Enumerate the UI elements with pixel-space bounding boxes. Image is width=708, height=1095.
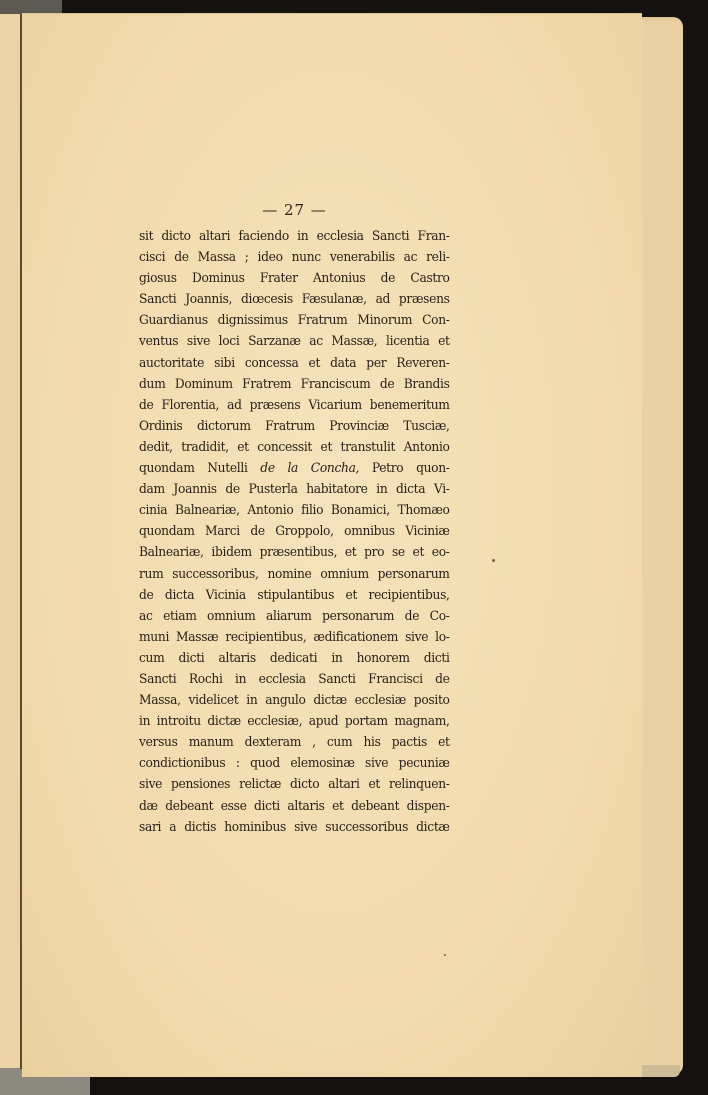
text-line: cum dicti altaris dedicati in honorem di… bbox=[139, 648, 450, 669]
text-line: sit dicto altari faciendo in ecclesia Sa… bbox=[139, 226, 450, 247]
text-line: Guardianus dignissimus Fratrum Minorum C… bbox=[139, 310, 450, 331]
text-line: cinia Balneariæ, Antonio filio Bonamici,… bbox=[139, 500, 450, 521]
text-line: Sancti Joannis, diœcesis Fæsulanæ, ad pr… bbox=[139, 289, 450, 310]
text-line: Ordinis dictorum Fratrum Provinciæ Tusci… bbox=[139, 416, 450, 437]
text-line: giosus Dominus Frater Antonius de Castro bbox=[139, 268, 450, 289]
text-line: de Florentia, ad præsens Vicarium beneme… bbox=[139, 395, 450, 416]
book-page: — 27 — sit dicto altari faciendo in eccl… bbox=[22, 13, 642, 1077]
italic-phrase: de la Concha, bbox=[260, 461, 359, 476]
text-line: dam Joannis de Pusterla habitatore in di… bbox=[139, 479, 450, 500]
text-line: quondam Nutelli de la Concha, Petro quon… bbox=[139, 458, 450, 479]
body-text: sit dicto altari faciendo in ecclesia Sa… bbox=[139, 226, 450, 838]
text-line: rum successoribus, nomine omnium persona… bbox=[139, 564, 450, 585]
text-line: muni Massæ recipientibus, ædificationem … bbox=[139, 627, 450, 648]
text-line: ventus sive loci Sarzanæ ac Massæ, licen… bbox=[139, 331, 450, 352]
text-line: in introitu dictæ ecclesiæ, apud portam … bbox=[139, 711, 450, 732]
text-line: auctoritate sibi concessa et data per Re… bbox=[139, 353, 450, 374]
text-line: Balneariæ, ibidem præsentibus, et pro se… bbox=[139, 542, 450, 563]
text-line: sive pensiones relictæ dicto altari et r… bbox=[139, 774, 450, 795]
text-line: sari a dictis hominibus sive successorib… bbox=[139, 817, 450, 838]
text-line: Massa, videlicet in angulo dictæ ecclesi… bbox=[139, 690, 450, 711]
page-text-block: — 27 — sit dicto altari faciendo in eccl… bbox=[139, 196, 450, 838]
text-line: dedit, tradidit, et concessit et transtu… bbox=[139, 437, 450, 458]
paper-speck bbox=[492, 559, 495, 562]
text-line: de dicta Vicinia stipulantibus et recipi… bbox=[139, 585, 450, 606]
text-line: cisci de Massa ; ideo nunc venerabilis a… bbox=[139, 247, 450, 268]
text-line: condictionibus : quod elemosinæ sive pec… bbox=[139, 753, 450, 774]
text-line: versus manum dexteram , cum his pactis e… bbox=[139, 732, 450, 753]
paper-speck bbox=[444, 954, 446, 956]
text-line: dæ debeant esse dicti altaris et debeant… bbox=[139, 796, 450, 817]
text-line: quondam Marci de Groppolo, omnibus Vicin… bbox=[139, 521, 450, 542]
text-line: dum Dominum Fratrem Franciscum de Brandi… bbox=[139, 374, 450, 395]
text-line: Sancti Rochi in ecclesia Sancti Francisc… bbox=[139, 669, 450, 690]
page-gutter bbox=[20, 14, 22, 1069]
page-number: — 27 — bbox=[139, 196, 450, 224]
text-line: ac etiam omnium aliarum personarum de Co… bbox=[139, 606, 450, 627]
